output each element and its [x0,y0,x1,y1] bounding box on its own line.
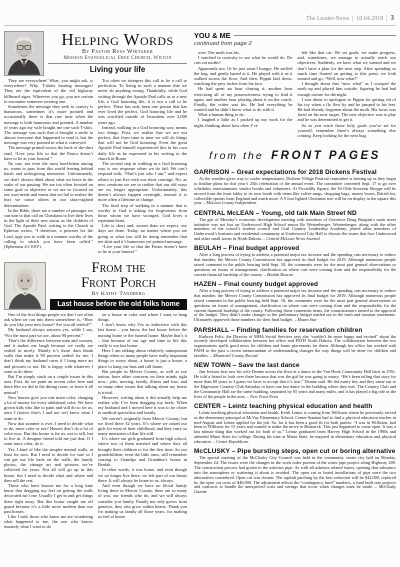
continued-note: continued from page 2 [194,41,396,47]
front-pages-location: CENTER [194,403,221,410]
front-porch-titleblock: From the Front Porch By Kathy Tandberg L… [50,261,187,309]
header-dash: – [231,169,235,176]
you-and-me-column-1: over. The moth was his.I watched in curi… [194,50,293,138]
front-pages-item-header: CENTRAL McLEAN – Young, old talk Main St… [194,210,396,217]
item-source: – Beulah Beacon [264,272,293,277]
you-and-me-body: over. The moth was his.I watched in curi… [194,50,396,138]
item-text: Jim Iverson first saw his wife Deanie ac… [194,369,396,398]
helping-words-org: Mission Evangelical Free Church, Wilton [48,55,187,61]
helping-words-title: Helping Words [48,31,187,48]
front-pages-headline: Young, old talk Main Street ND [261,210,357,217]
header-separator: | [352,16,353,22]
page-header: The Leader-News | 10.04.2018 | 3 [4,14,396,22]
front-pages-item-body: The gist of Monday’s economic developmen… [194,218,396,242]
front-pages-item-body: Kathryn Felix, the Director of MHA Socia… [194,335,396,359]
header-rule [4,25,396,26]
front-pages-headline: Pipe bursting steps, open cut or boring … [237,448,395,455]
front-pages-item-garrison: GARRISON – Great expectations for 2018 D… [194,169,396,206]
front-pages-item-header: BEULAH – Final budget approved [194,245,396,252]
front-pages-item-hazen: HAZEN – Final county budget approved Aft… [194,281,396,323]
front-pages-item-header: HAZEN – Final county budget approved [194,281,396,288]
pastor-photo [4,31,44,76]
item-source: – New Town News [247,394,278,399]
front-pages-location: NEW TOWN [194,362,231,369]
front-pages-item-central-mclean: CENTRAL McLEAN – Young, old talk Main St… [194,210,396,242]
front-pages-location: GARRISON [194,169,229,176]
front-pages-item-parshall: PARSHALL – Finding families for reservat… [194,327,396,359]
helping-words-headline: Living your life [48,65,187,74]
paper-name: The Leader-News [306,16,349,22]
item-text: After a long process of trying to addres… [194,252,396,276]
newspaper-page: The Leader-News | 10.04.2018 | 3 [0,0,400,567]
front-porch-column-2: on a house in color and where I want to … [98,312,187,530]
front-porch-body: One of the first things people we don’t … [4,312,187,530]
header-dash: – [223,403,227,410]
front-pages-headline: Final county budget approved [224,281,318,288]
item-source: – Mountrail County Record [210,353,257,358]
item-source: – Central McLean News-Journal [263,236,320,241]
front-pages-location: HAZEN [194,281,217,288]
item-source: – McLean County Independent [203,200,256,205]
title-rule [234,35,396,36]
front-pages-item-center: CENTER – Leintz teaching physical educat… [194,403,396,445]
header-dash: – [256,210,260,217]
front-pages-headline: Great expectations for 2018 Dickens Fest… [237,169,377,176]
front-pages-title: from the FRONT PAGES [194,146,396,164]
front-pages-title-main: FRONT PAGES [271,150,381,162]
front-pages-digest: from the FRONT PAGES GARRISON – Great ex… [194,146,396,495]
header-dash: – [218,281,222,288]
front-pages-item-beulah: BEULAH – Final budget approved After a l… [194,245,396,277]
item-source: – Hazen Star [294,317,316,322]
front-pages-item-header: McCLUSKY – Pipe bursting steps, open cut… [194,448,396,455]
front-pages-item-body: Jim Iverson first saw his wife Deanie ac… [194,370,396,399]
header-dash: – [232,448,236,455]
front-pages-item-body: After a long process of trying to addres… [194,289,396,323]
front-pages-headline: Finding families for reservation childre… [236,327,362,334]
helping-words-column-1: They are everywhere! What, you might ask… [4,78,93,254]
issue-date: 10.04.2018 [356,16,383,22]
right-column-strip: YOU & ME continued from page 2 over. The… [194,31,396,530]
item-source: – Center Republican [213,439,249,444]
front-pages-location: McCLUSKY [194,448,230,455]
item-text: The special meeting of the McClusky City… [194,455,396,489]
headline-rule [48,63,187,64]
columnist-photo [4,262,46,310]
header-dash: – [233,362,237,369]
front-pages-item-header: GARRISON – Great expectations for 2018 D… [194,169,396,176]
front-pages-headline: Final budget approved [229,245,300,252]
you-and-me-title: YOU & ME [194,31,231,40]
you-and-me-masthead: YOU & ME [194,31,396,40]
columnist-portrait-image [5,263,45,309]
front-pages-title-prefix: from the [209,150,264,162]
front-pages-location: BEULAH [194,245,221,252]
helping-words-column-2: Too often we interpret this call to be a… [98,78,187,254]
front-porch-column-1: One of the first things people we don’t … [4,312,93,530]
front-pages-item-header: PARSHALL – Finding families for reservat… [194,327,396,334]
helping-words-body: They are everywhere! What, you might ask… [4,78,187,254]
front-porch-title-line1: From the [50,261,187,275]
front-porch-article: From the Front Porch By Kathy Tandberg L… [4,261,187,529]
front-pages-item-body: The special meeting of the McClusky City… [194,456,396,495]
you-and-me-article: YOU & ME continued from page 2 over. The… [194,31,396,138]
front-pages-headline: Leintz teaching physical education and h… [228,403,372,410]
left-column-strip: Helping Words By Pastor Russ Whitaker Mi… [4,31,187,530]
you-and-me-column-2: felt like that cat. We set goals, we mak… [298,50,397,138]
front-pages-item-body: As the weather gives way to cooler tempe… [194,177,396,206]
front-porch-headline: Last house before the old folks home [50,299,187,310]
header-separator: | [386,16,387,22]
front-pages-location: CENTRAL McLEAN [194,210,254,217]
front-pages-location: PARSHALL [194,327,229,334]
front-pages-item-header: CENTER – Leintz teaching physical educat… [194,403,396,410]
helping-words-masthead: Helping Words By Pastor Russ Whitaker Mi… [4,31,187,76]
front-porch-title-line2: Front Porch [50,276,187,290]
header-dash: – [231,327,235,334]
page-number: 3 [391,14,395,22]
helping-words-titleblock: Helping Words By Pastor Russ Whitaker Mi… [48,31,187,74]
front-pages-item-new-town: NEW TOWN – Save the last dance Jim Ivers… [194,362,396,399]
front-pages-headline: Save the last dance [238,362,299,369]
front-porch-byline: By Kathy Tandberg [50,291,187,297]
front-pages-item-header: NEW TOWN – Save the last dance [194,362,396,369]
pastor-portrait-image [5,32,43,75]
front-pages-item-mcclusky: McCLUSKY – Pipe bursting steps, open cut… [194,448,396,495]
front-pages-item-body: After a long process of trying to addres… [194,253,396,277]
front-pages-item-body: Leintz teaching physical education and h… [194,411,396,445]
helping-words-article: Helping Words By Pastor Russ Whitaker Mi… [4,31,187,254]
front-porch-masthead: From the Front Porch By Kathy Tandberg L… [4,261,187,309]
page-content: Helping Words By Pastor Russ Whitaker Mi… [4,31,396,530]
header-dash: – [223,245,227,252]
